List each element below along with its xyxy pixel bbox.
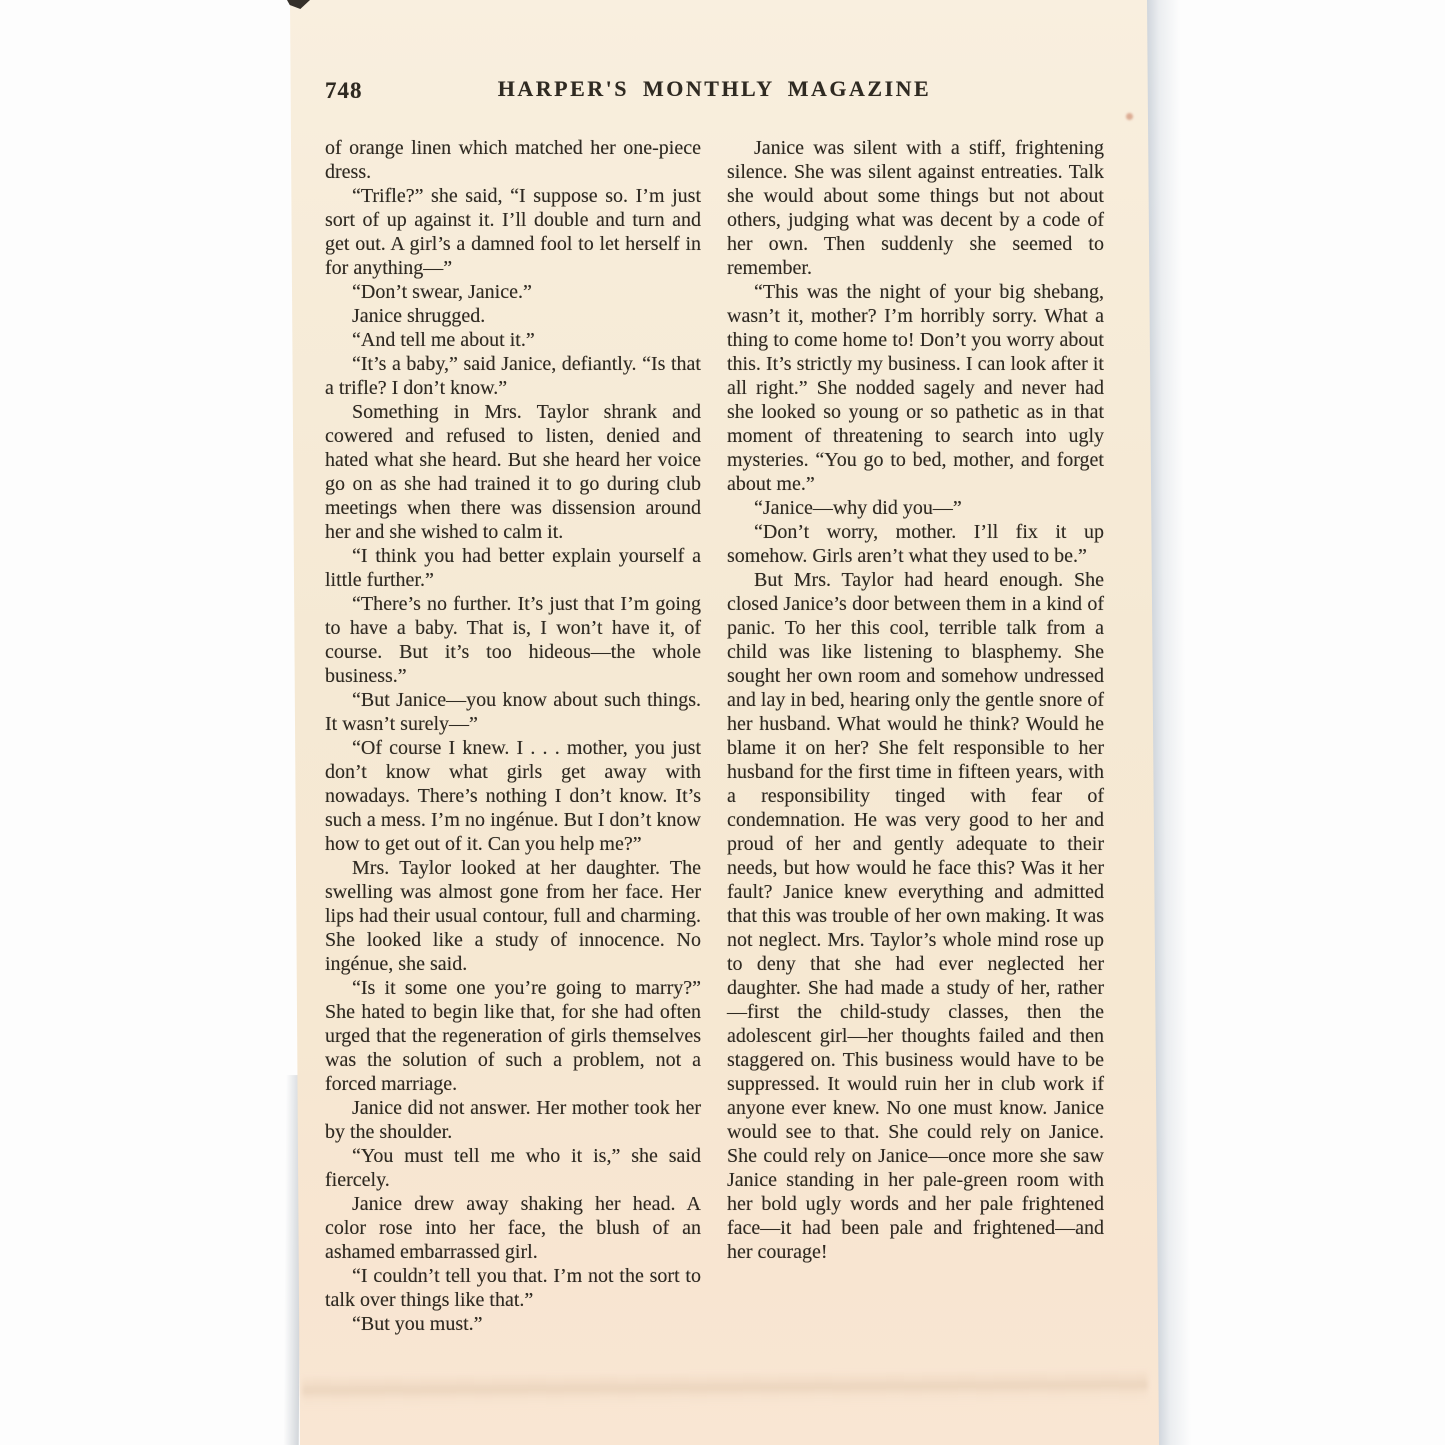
paragraph: Janice drew away shaking her head. A col… (325, 1192, 701, 1264)
paragraph: “Janice—why did you—” (727, 496, 1104, 520)
paper-speck (1126, 113, 1133, 120)
text-columns: of orange linen which matched her one-pi… (325, 136, 1104, 1336)
scan-background: 748 HARPER'S MONTHLY MAGAZINE of orange … (0, 0, 1445, 1445)
paragraph: “Of course I knew. I . . . mother, you j… (325, 736, 701, 856)
paragraph: “It’s a baby,” said Janice, defiantly. “… (325, 352, 701, 400)
paragraph: “There’s no further. It’s just that I’m … (325, 592, 701, 688)
paragraph: “You must tell me who it is,” she said f… (325, 1144, 701, 1192)
magazine-title: HARPER'S MONTHLY MAGAZINE (325, 76, 1104, 102)
paragraph: “I think you had better explain yourself… (325, 544, 701, 592)
paragraph: “But Janice—you know about such things. … (325, 688, 701, 736)
paragraph: Janice did not answer. Her mother took h… (325, 1096, 701, 1144)
paragraph: “Trifle?” she said, “I suppose so. I’m j… (325, 184, 701, 280)
text-column-right: Janice was silent with a stiff, frighten… (727, 136, 1104, 1336)
paragraph: “Don’t worry, mother. I’ll fix it up som… (727, 520, 1104, 568)
paragraph: Mrs. Taylor looked at her daughter. The … (325, 856, 701, 976)
masthead: 748 HARPER'S MONTHLY MAGAZINE (325, 76, 1104, 136)
paragraph: “Don’t swear, Janice.” (325, 280, 701, 304)
paper-crease (302, 1369, 1148, 1409)
paragraph: “And tell me about it.” (325, 328, 701, 352)
page-content: 748 HARPER'S MONTHLY MAGAZINE of orange … (325, 76, 1104, 1336)
paragraph: Janice was silent with a stiff, frighten… (727, 136, 1104, 280)
paragraph: of orange linen which matched her one-pi… (325, 136, 701, 184)
paragraph: Something in Mrs. Taylor shrank and cowe… (325, 400, 701, 544)
paragraph: “I couldn’t tell you that. I’m not the s… (325, 1264, 701, 1312)
paragraph: Janice shrugged. (325, 304, 701, 328)
page-number: 748 (325, 78, 363, 104)
paragraph: But Mrs. Taylor had heard enough. She cl… (727, 568, 1104, 1264)
paragraph: “Is it some one you’re going to marry?” … (325, 976, 701, 1096)
paragraph: “But you must.” (325, 1312, 701, 1336)
paragraph: “This was the night of your big shebang,… (727, 280, 1104, 496)
text-column-left: of orange linen which matched her one-pi… (325, 136, 701, 1336)
